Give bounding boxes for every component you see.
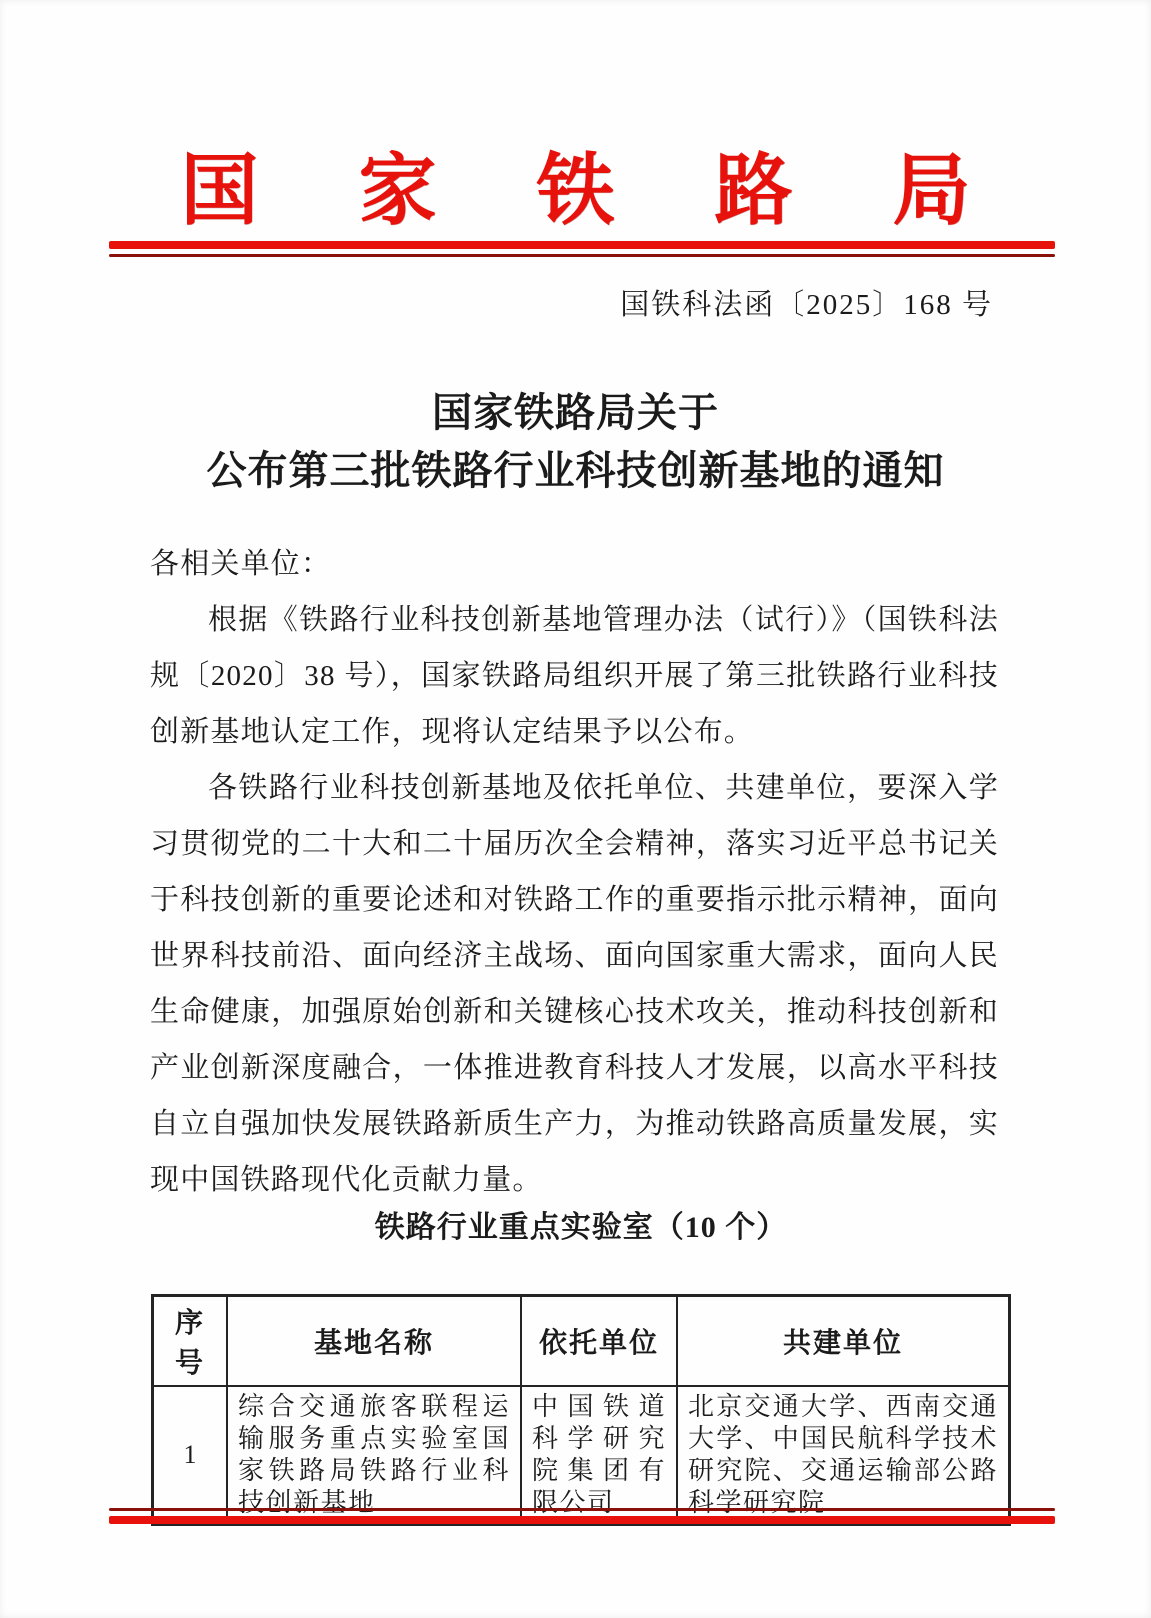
cell-base-name: 综合交通旅客联程运输服务重点实验室国家铁路局铁路行业科技创新基地 [227,1386,521,1525]
header-supporting-unit: 依托单位 [521,1296,677,1387]
cell-co-construction-units: 北京交通大学、西南交通大学、中国民航科学技术研究院、交通运输部公路科学研究院 [677,1386,1010,1525]
document-page: 国家铁路局 国铁科法函〔2025〕168 号 国家铁路局关于 公布第三批铁路行业… [0,0,1151,1618]
masthead-agency-text: 国家铁路局 [180,147,1070,234]
lab-table: 序号 基地名称 依托单位 共建单位 1 综合交通旅客联程运输服务重点实验室国家铁… [151,1294,1011,1526]
rule-thin-line [109,1508,1055,1511]
cell-seq-no: 1 [153,1386,228,1525]
body-paragraph-1: 根据《铁路行业科技创新基地管理办法（试行）》（国铁科法规〔2020〕38 号），… [150,592,999,760]
rule-thick-line [109,241,1055,249]
document-body: 各相关单位： 根据《铁路行业科技创新基地管理办法（试行）》（国铁科法规〔2020… [150,536,999,1208]
document-number: 国铁科法函〔2025〕168 号 [620,282,993,323]
document-title-line1: 国家铁路局关于 [0,384,1151,442]
header-seq-no: 序号 [153,1296,228,1387]
salutation: 各相关单位： [150,536,999,592]
table-row: 1 综合交通旅客联程运输服务重点实验室国家铁路局铁路行业科技创新基地 中国铁道科… [153,1386,1010,1525]
header-base-name: 基地名称 [227,1296,521,1387]
masthead-agency-title: 国家铁路局 [0,143,1151,239]
header-co-construction-unit: 共建单位 [677,1296,1010,1387]
lab-table-caption: 铁路行业重点实验室（10 个） [151,1206,1011,1250]
footer-separator-rule [109,1508,1055,1524]
lab-table-section: 铁路行业重点实验室（10 个） 序号 基地名称 依托单位 共建单位 1 综合交通… [151,1206,1011,1526]
rule-thin-line [109,254,1055,257]
cell-supporting-unit: 中国铁道科学研究院集团有限公司 [521,1386,677,1525]
document-title: 国家铁路局关于 公布第三批铁路行业科技创新基地的通知 [0,384,1151,500]
masthead-separator-rule [109,241,1055,257]
lab-table-header-row: 序号 基地名称 依托单位 共建单位 [153,1296,1010,1387]
body-paragraph-2: 各铁路行业科技创新基地及依托单位、共建单位，要深入学习贯彻党的二十大和二十届历次… [150,760,999,1208]
rule-thick-line [109,1516,1055,1524]
document-title-line2: 公布第三批铁路行业科技创新基地的通知 [0,442,1151,500]
